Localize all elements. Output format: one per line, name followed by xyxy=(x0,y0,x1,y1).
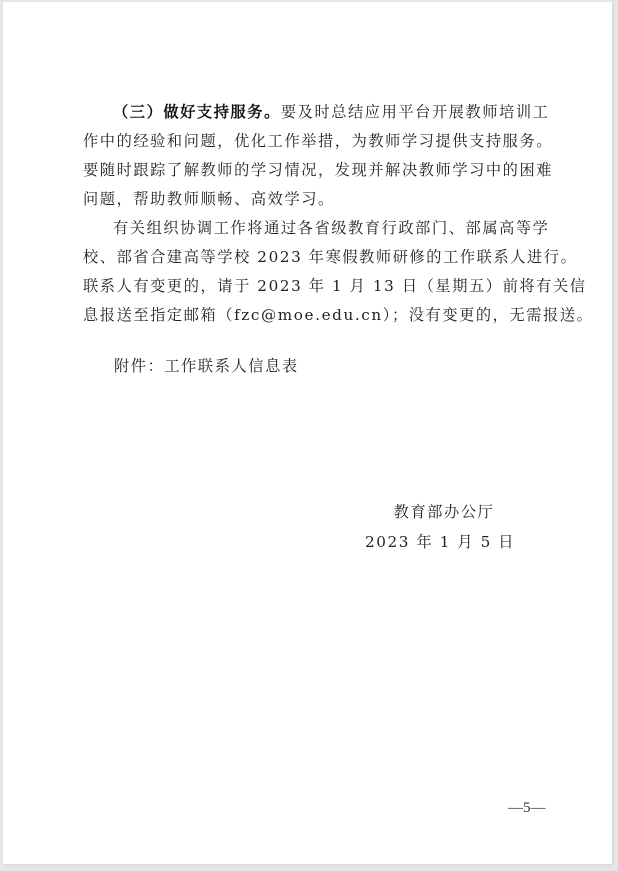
section-heading: （三）做好支持服务。 xyxy=(113,103,281,121)
paragraph-support-services: （三）做好支持服务。要及时总结应用平台开展教师培训工 作中的经验和问题，优化工作… xyxy=(83,98,553,214)
paragraph-line: 问题，帮助教师顺畅、高效学习。 xyxy=(83,185,553,214)
paragraph-line: 息报送至指定邮箱（fzc@moe.edu.cn）；没有变更的，无需报送。 xyxy=(83,301,553,330)
paragraph-line: 作中的经验和问题，优化工作举措，为教师学习提供支持服务。 xyxy=(83,127,553,156)
signature-block: 教育部办公厅 2023 年 1 月 5 日 xyxy=(365,498,515,558)
paragraph-line: 联系人有变更的，请于 2023 年 1 月 13 日（星期五）前将有关信 xyxy=(83,272,553,301)
paragraph-line: （三）做好支持服务。要及时总结应用平台开展教师培训工 xyxy=(83,98,553,127)
paragraph-line: 校、部省合建高等学校 2023 年寒假教师研修的工作联系人进行。 xyxy=(83,243,553,272)
document-page: （三）做好支持服务。要及时总结应用平台开展教师培训工 作中的经验和问题，优化工作… xyxy=(3,2,612,864)
issuing-organization: 教育部办公厅 xyxy=(365,498,515,528)
attachment-note: 附件：工作联系人信息表 xyxy=(114,352,299,381)
paragraph-line: 要随时跟踪了解教师的学习情况，发现并解决教师学习中的困难 xyxy=(83,156,553,185)
paragraph-coordination: 有关组织协调工作将通过各省级教育行政部门、部属高等学 校、部省合建高等学校 20… xyxy=(83,214,553,330)
paragraph-line: 有关组织协调工作将通过各省级教育行政部门、部属高等学 xyxy=(83,214,553,243)
issue-date: 2023 年 1 月 5 日 xyxy=(365,528,515,558)
page-number: —5— xyxy=(508,800,546,817)
